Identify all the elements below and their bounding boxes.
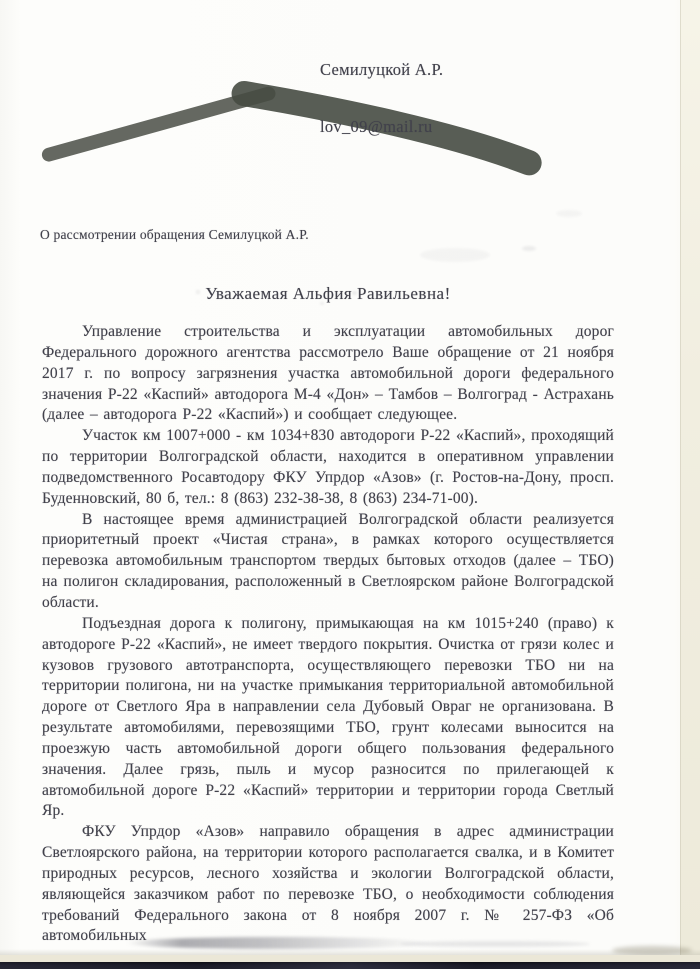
page-curl-shadow bbox=[612, 946, 692, 955]
bottom-ink-smudge bbox=[400, 941, 590, 947]
scan-speckle bbox=[522, 246, 536, 251]
scanner-footer-dark-band bbox=[0, 962, 700, 969]
addressee-name: Семилуцкой А.Р. bbox=[320, 60, 443, 80]
addressee-block: Семилуцкой А.Р. lov_09@mail.ru bbox=[320, 60, 443, 137]
scan-speckle bbox=[556, 210, 582, 217]
body-paragraph: В настоящее время администрацией Волгогр… bbox=[42, 510, 614, 614]
addressee-email: lov_09@mail.ru bbox=[320, 117, 443, 137]
scan-speckle bbox=[352, 291, 357, 295]
body-paragraph: Участок км 1007+000 - км 1034+830 автодо… bbox=[42, 426, 614, 509]
body-paragraph: Подъездная дорога к полигону, примыкающа… bbox=[42, 614, 614, 822]
scanner-edge-band bbox=[680, 0, 700, 969]
salutation: Уважаемая Альфия Равильевна! bbox=[42, 284, 614, 304]
scanned-letter-page: Семилуцкой А.Р. lov_09@mail.ru О рассмот… bbox=[0, 0, 700, 969]
scanner-footer-strip bbox=[0, 955, 700, 962]
body-paragraph: ФКУ Упрдор «Азов» направило обращения в … bbox=[42, 822, 614, 947]
scan-speckle bbox=[420, 248, 490, 262]
body-paragraph: Управление строительства и эксплуатации … bbox=[42, 322, 614, 426]
scan-speckle bbox=[320, 302, 324, 305]
bottom-ink-smudge bbox=[126, 937, 431, 949]
letter-body: Управление строительства и эксплуатации … bbox=[42, 322, 614, 947]
scan-speckle bbox=[196, 290, 200, 294]
subject-line: О рассмотрении обращения Семилуцкой А.Р. bbox=[40, 227, 309, 243]
